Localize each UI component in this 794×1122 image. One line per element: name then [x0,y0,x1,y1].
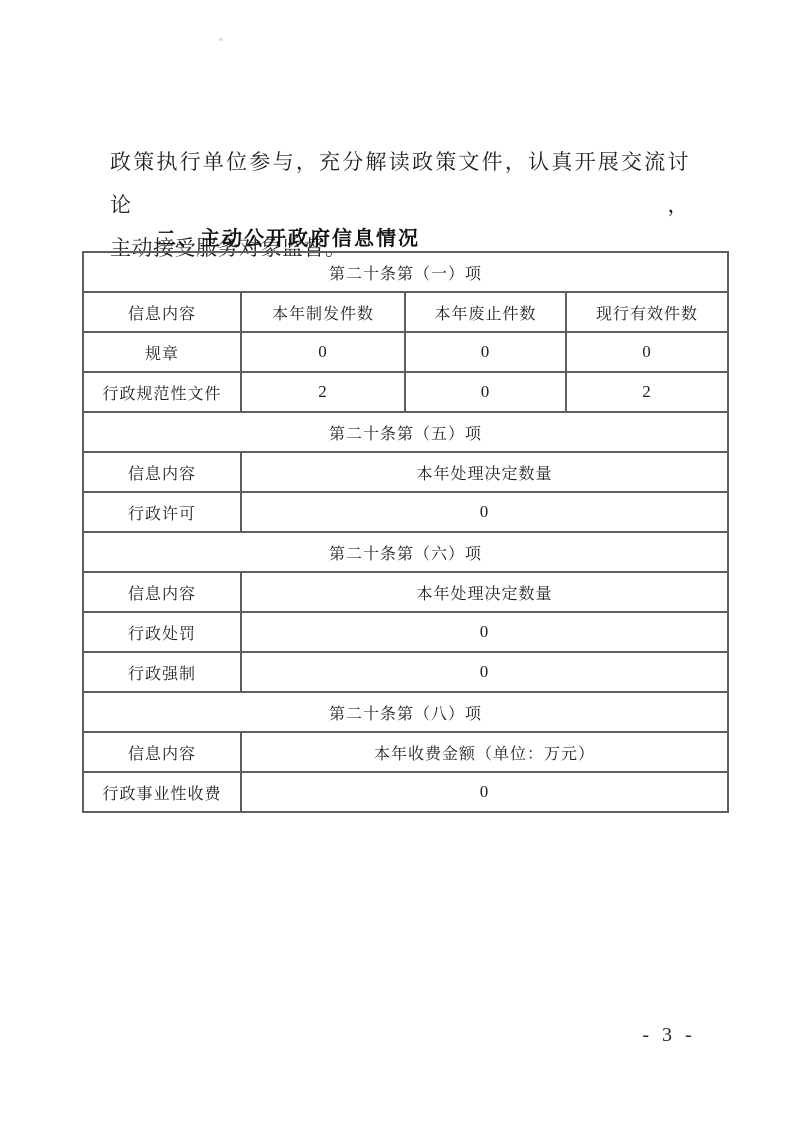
column-header-cell: 本年收费金额（单位：万元） [241,732,728,772]
row-label-cell: 行政处罚 [83,612,241,652]
table-row: 第二十条第（一）项 [83,252,728,292]
section-header-cell: 第二十条第（六）项 [83,532,728,572]
column-header-cell: 信息内容 [83,292,241,332]
table-row: 信息内容 本年处理决定数量 [83,452,728,492]
section-header-cell: 第二十条第（一）项 [83,252,728,292]
table-row: 行政处罚 0 [83,612,728,652]
table-row: 信息内容 本年收费金额（单位：万元） [83,732,728,772]
section-header-cell: 第二十条第（八）项 [83,692,728,732]
column-header-cell: 本年处理决定数量 [241,452,728,492]
row-label-cell: 行政事业性收费 [83,772,241,812]
column-header-cell: 本年处理决定数量 [241,572,728,612]
column-header-cell: 本年制发件数 [241,292,405,332]
value-cell: 0 [405,372,566,412]
table-row: 行政强制 0 [83,652,728,692]
column-header-cell: 本年废止件数 [405,292,566,332]
disclosure-table: 第二十条第（一）项 信息内容 本年制发件数 本年废止件数 现行有效件数 规章 0… [82,251,729,813]
value-cell: 0 [241,772,728,812]
table-row: 第二十条第（六）项 [83,532,728,572]
page-number: - 3 - [614,1024,724,1047]
row-label-cell: 规章 [83,332,241,372]
value-cell: 2 [241,372,405,412]
row-label-cell: 行政许可 [83,492,241,532]
table-row: 行政许可 0 [83,492,728,532]
table-row: 第二十条第（五）项 [83,412,728,452]
value-cell: 0 [241,332,405,372]
value-cell: 0 [566,332,728,372]
value-cell: 0 [405,332,566,372]
column-header-cell: 信息内容 [83,452,241,492]
table-row: 第二十条第（八）项 [83,692,728,732]
table-row: 规章 0 0 0 [83,332,728,372]
value-cell: 2 [566,372,728,412]
value-cell: 0 [241,492,728,532]
value-cell: 0 [241,652,728,692]
row-label-cell: 行政规范性文件 [83,372,241,412]
scan-artifact [219,38,223,41]
table-row: 行政事业性收费 0 [83,772,728,812]
table-row: 信息内容 本年处理决定数量 [83,572,728,612]
paragraph-line-1: 政策执行单位参与，充分解读政策文件，认真开展交流讨论， [110,141,689,227]
column-header-cell: 信息内容 [83,572,241,612]
table-row: 行政规范性文件 2 0 2 [83,372,728,412]
row-label-cell: 行政强制 [83,652,241,692]
column-header-cell: 信息内容 [83,732,241,772]
table-row: 信息内容 本年制发件数 本年废止件数 现行有效件数 [83,292,728,332]
document-page: 政策执行单位参与，充分解读政策文件，认真开展交流讨论， 主动接受服务对象监督。 … [0,0,794,1122]
section-heading: 二、主动公开政府信息情况 [156,222,420,251]
value-cell: 0 [241,612,728,652]
column-header-cell: 现行有效件数 [566,292,728,332]
section-header-cell: 第二十条第（五）项 [83,412,728,452]
